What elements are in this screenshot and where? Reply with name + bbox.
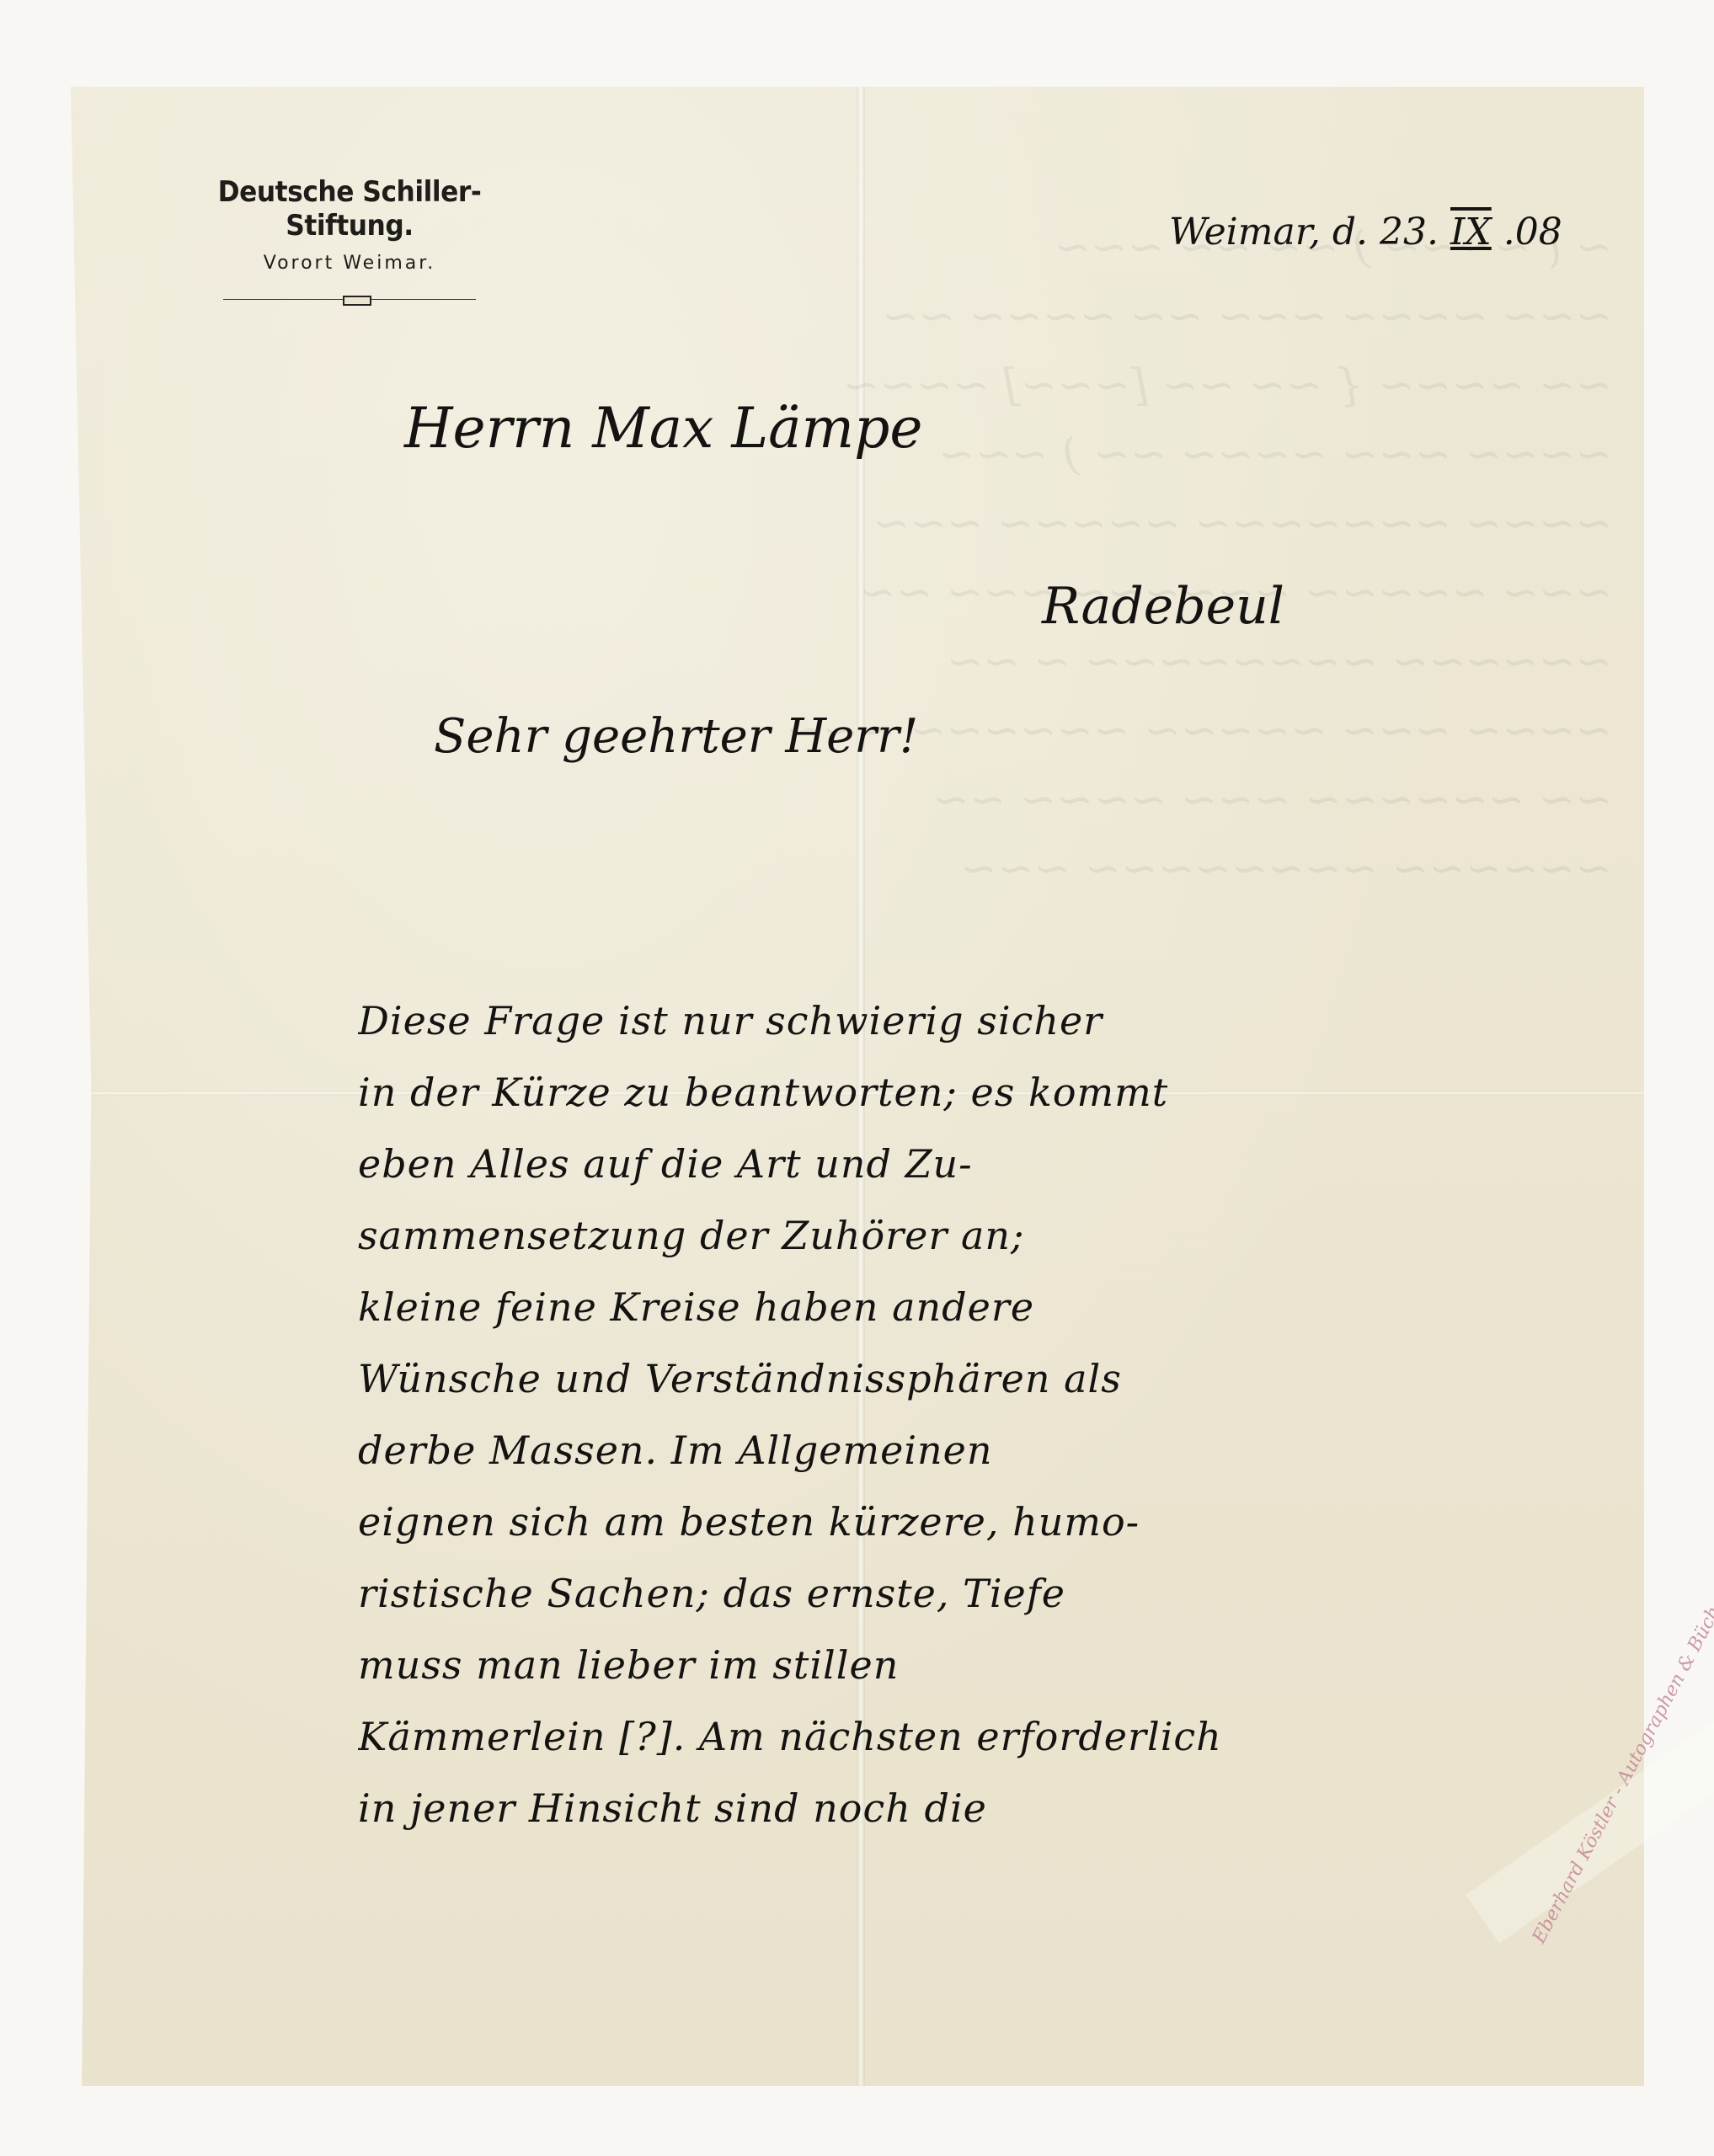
body-line: in der Kürze zu beantworten; es kommt [358,1057,1419,1129]
body-line: Wünsche und Verständnissphären als [358,1343,1419,1415]
salutation: Sehr geehrter Herr! [434,709,918,764]
body-line: Kämmerlein [?]. Am nächsten erforderlich [358,1701,1419,1773]
body-line: sammensetzung der Zuhörer an; [358,1200,1419,1272]
organization-subtitle: Vorort Weimar. [160,253,539,274]
ornament-box-icon [343,296,371,306]
body-line: muss man lieber im stillen [358,1630,1419,1701]
recipient-name: Herrn Max Lämpe [404,396,922,461]
body-line: ristische Sachen; das ernste, Tiefe [358,1558,1419,1630]
date-year: .08 [1503,211,1562,253]
dateline: Weimar, d. 23. IX .08 [1169,211,1562,253]
body-line: eben Alles auf die Art und Zu- [358,1129,1419,1200]
date-place: Weimar, d. [1169,211,1368,253]
letterhead-ornament-rule [223,294,476,306]
body-line: eignen sich am besten kürzere, humo- [358,1486,1419,1558]
body-line: Diese Frage ist nur schwierig sicher [358,985,1419,1057]
body-line: in jener Hinsicht sind noch die [358,1773,1419,1844]
organization-name: Deutsche Schiller-Stiftung. [175,175,524,243]
date-month: IX [1450,211,1492,253]
body-line: kleine feine Kreise haben andere [358,1272,1419,1343]
body-line: derbe Massen. Im Allgemeinen [358,1415,1419,1486]
date-day: 23. [1380,211,1439,253]
letter-body: Diese Frage ist nur schwierig sicher in … [358,985,1419,1844]
recipient-city: Radebeul [1042,577,1284,636]
letterhead: Deutsche Schiller-Stiftung. Vorort Weima… [160,175,539,306]
